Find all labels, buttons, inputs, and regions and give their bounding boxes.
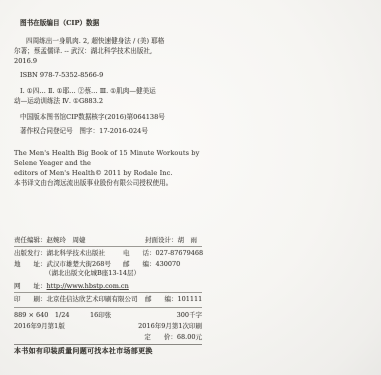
phone-label: 电 话： <box>123 249 156 257</box>
price-value: 68.00元 <box>177 333 202 341</box>
impression: 2016年9月第1次印刷 <box>138 322 202 331</box>
divider-line <box>14 292 202 293</box>
quality-notice: 本书如有印装质量问题可找本社市场部更换 <box>14 346 202 356</box>
printer-postcode-label: 邮 编： <box>145 295 178 303</box>
publisher-name: 湖北科学技术出版社 <box>47 249 106 257</box>
cip-section: 图书在版编目（CIP）数据 四周练出一身肌肉. 2, 超快速健身法 / (美) … <box>14 18 206 188</box>
cip-description-line: 四周练出一身肌肉. 2, 超快速健身法 / (美) 耶格 <box>14 36 206 46</box>
postcode-label: 邮 编： <box>123 260 156 268</box>
editor-names: 赵婉玲 周婕 <box>47 236 86 244</box>
cover-design: 封面设计：胡 雨 <box>145 236 197 245</box>
price-label: 定 价： <box>144 333 177 341</box>
cip-header: 图书在版编目（CIP）数据 <box>14 18 206 28</box>
printer-postcode: 邮 编：101111 <box>145 295 202 304</box>
print-sheets: 16印张 <box>90 311 111 320</box>
printer-name: 北京佳信达欣艺术印刷有限公司 <box>47 295 138 303</box>
cip-description-line: 尔著；蔡孟儒译. -- 武汉：湖北科学技术出版社, <box>14 46 206 56</box>
divider-line <box>14 344 202 345</box>
postcode-value: 430070 <box>156 260 181 268</box>
website-label: 网 址： <box>14 282 47 290</box>
printer-postcode-value: 101111 <box>178 295 203 303</box>
isbn-line: ISBN 978-7-5352-8566-9 <box>14 70 206 80</box>
phone: 电 话：027-87679468 <box>123 249 203 258</box>
address-label: 地 址： <box>14 260 47 268</box>
cip-classification-line: 动—运动训练法 Ⅳ. ①G883.2 <box>14 96 206 106</box>
publisher-row: 出版发行：湖北科学技术出版社 电 话：027-87679468 <box>14 249 202 258</box>
cover-design-label: 封面设计： <box>145 236 178 244</box>
divider-line <box>14 307 202 308</box>
rights-statement-en: The Men's Health Big Book of 15 Minute W… <box>14 148 206 168</box>
price-row: 定 价：68.00元 <box>14 333 202 342</box>
cip-record-number: 中国版本图书馆CIP数据核字(2016)第064138号 <box>14 112 206 122</box>
website-row: 网 址：http://www.hbstp.com.cn <box>14 282 202 291</box>
rights-statement-cn: 本书译文由台湾远流出版事业股份有限公司授权使用。 <box>14 178 206 188</box>
printer-label: 印 刷： <box>14 295 47 303</box>
editors-row: 责任编辑：赵婉玲 周婕 封面设计：胡 雨 <box>14 236 202 245</box>
editor-label: 责任编辑： <box>14 236 47 244</box>
printer-row: 印 刷：北京佳信达欣艺术印刷有限公司 邮 编：101111 <box>14 295 202 304</box>
cip-classification-line: Ⅰ. ①四… Ⅱ. ①耶… ②蔡… Ⅲ. ①肌肉—健美运 <box>14 86 206 96</box>
divider-line <box>14 246 202 247</box>
address-row: 地 址：武汉市雄楚大街268号 邮 编：430070 <box>14 260 202 269</box>
website-url: http://www.hbstp.com.cn <box>47 282 129 290</box>
cover-designer-name: 胡 雨 <box>178 236 198 244</box>
word-count: 300千字 <box>177 311 202 320</box>
address-row-2: （湖北出版文化城B座13-14层） <box>14 269 202 278</box>
colophon-section: 责任编辑：赵婉玲 周婕 封面设计：胡 雨 出版发行：湖北科学技术出版社 电 话：… <box>14 236 202 356</box>
copyright-registration-number: 著作权合同登记号 图字：17-2016-024号 <box>14 126 206 136</box>
format-row: 889 × 640 1/24 16印张 300千字 <box>14 311 202 320</box>
book-copyright-page: 图书在版编目（CIP）数据 四周练出一身肌肉. 2, 超快速健身法 / (美) … <box>0 0 381 375</box>
sheet-format: 889 × 640 1/24 <box>14 311 70 319</box>
address-value: 武汉市雄楚大街268号 <box>47 260 111 268</box>
cip-description-line: 2016.9 <box>14 56 206 66</box>
publisher-label: 出版发行： <box>14 249 47 257</box>
rights-statement-en: editors of Men's Health© 2011 by Rodale … <box>14 168 206 178</box>
edition-row: 2016年9月第1版 2016年9月第1次印刷 <box>14 322 202 331</box>
phone-number: 027-87679468 <box>156 249 204 257</box>
postcode: 邮 编：430070 <box>123 260 180 269</box>
edition: 2016年9月第1版 <box>14 322 65 330</box>
